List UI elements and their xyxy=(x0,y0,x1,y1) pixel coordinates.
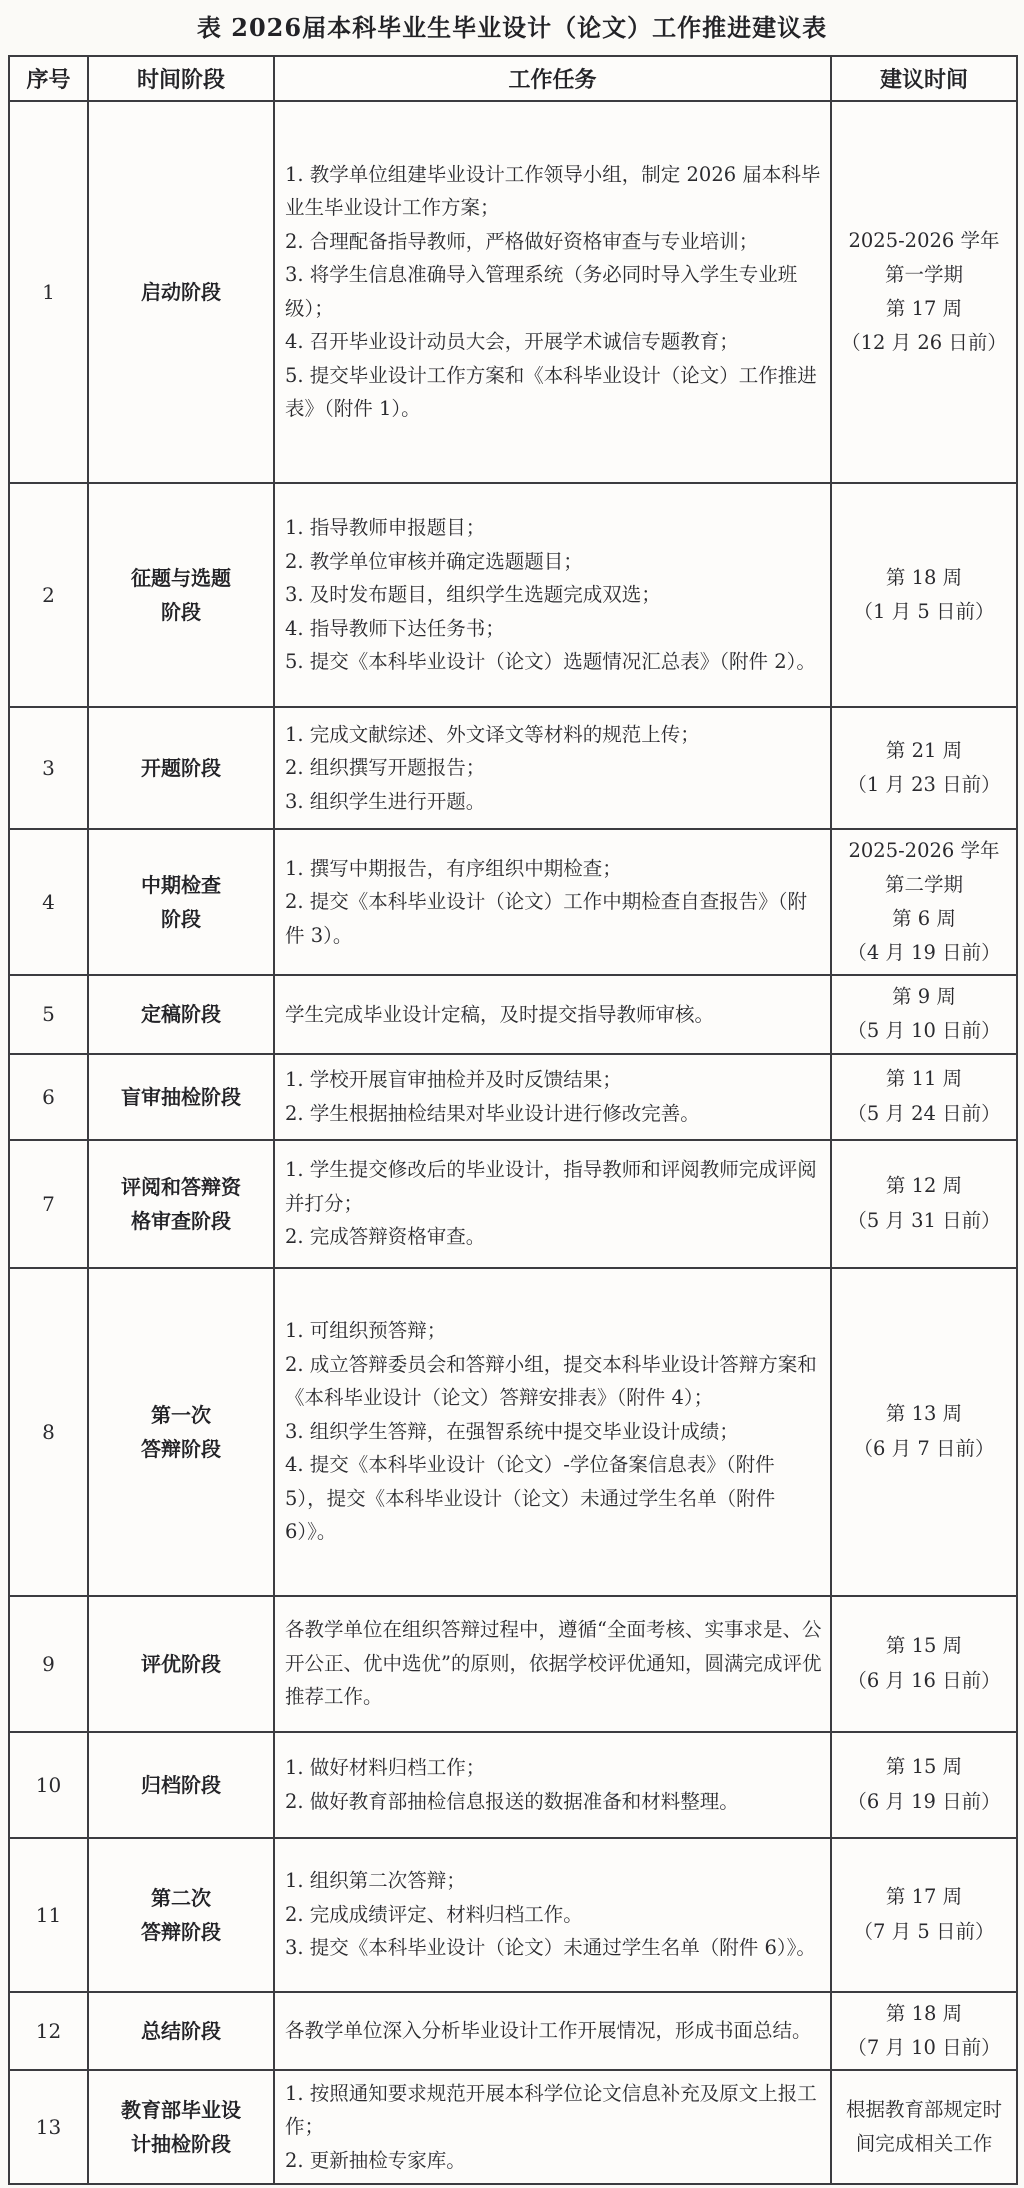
table-row: 2征题与选题 阶段1. 指导教师申报题目；2. 教学单位审核并确定选题题目；3.… xyxy=(9,483,1017,707)
time-line: （6 月 19 日前） xyxy=(838,1785,1010,1819)
task-item: 5. 提交《本科毕业设计（论文）选题情况汇总表》（附件 2）。 xyxy=(285,645,822,679)
row-number: 6 xyxy=(9,1054,88,1140)
table-row: 7评阅和答辩资 格审查阶段1. 学生提交修改后的毕业设计，指导教师和评阅教师完成… xyxy=(9,1140,1017,1268)
time-line: （12 月 26 日前） xyxy=(838,326,1010,360)
row-number: 7 xyxy=(9,1140,88,1268)
row-number: 1 xyxy=(9,101,88,483)
suggested-time: 第 9 周（5 月 10 日前） xyxy=(831,975,1017,1053)
time-line: 第 17 周 xyxy=(838,292,1010,326)
time-line: （5 月 10 日前） xyxy=(838,1014,1010,1048)
stage-name: 评优阶段 xyxy=(88,1596,274,1732)
task-item: 2. 合理配备指导教师，严格做好资格审查与专业培训； xyxy=(285,225,822,259)
task-list: 1. 完成文献综述、外文译文等材料的规范上传；2. 组织撰写开题报告；3. 组织… xyxy=(274,707,831,829)
time-line: 第 15 周 xyxy=(838,1750,1010,1784)
time-line: 第一学期 xyxy=(838,258,1010,292)
stage-name: 中期检查 阶段 xyxy=(88,829,274,976)
task-list: 1. 学生提交修改后的毕业设计，指导教师和评阅教师完成评阅并打分；2. 完成答辩… xyxy=(274,1140,831,1268)
time-line: 根据教育部规定时间完成相关工作 xyxy=(838,2093,1010,2161)
task-item: 3. 及时发布题目，组织学生选题完成双选； xyxy=(285,578,822,612)
task-item: 1. 指导教师申报题目； xyxy=(285,511,822,545)
task-item: 2. 更新抽检专家库。 xyxy=(285,2144,822,2178)
task-item: 4. 召开毕业设计动员大会，开展学术诚信专题教育； xyxy=(285,325,822,359)
task-item: 1. 做好材料归档工作； xyxy=(285,1751,822,1785)
row-number: 13 xyxy=(9,2070,88,2185)
table-row: 10归档阶段1. 做好材料归档工作；2. 做好教育部抽检信息报送的数据准备和材料… xyxy=(9,1732,1017,1838)
task-item: 2. 学生根据抽检结果对毕业设计进行修改完善。 xyxy=(285,1097,822,1131)
row-number: 11 xyxy=(9,1838,88,1992)
task-list: 1. 撰写中期报告，有序组织中期检查；2. 提交《本科毕业设计（论文）工作中期检… xyxy=(274,829,831,976)
suggested-time: 2025-2026 学年第一学期第 17 周（12 月 26 日前） xyxy=(831,101,1017,483)
stage-name: 第二次 答辩阶段 xyxy=(88,1838,274,1992)
task-list: 各教学单位在组织答辩过程中，遵循“全面考核、实事求是、公开公正、优中选优”的原则… xyxy=(274,1596,831,1732)
time-line: （7 月 5 日前） xyxy=(838,1915,1010,1949)
schedule-table: 序号 时间阶段 工作任务 建议时间 1启动阶段1. 教学单位组建毕业设计工作领导… xyxy=(8,55,1018,2186)
page-title: 表 2026届本科毕业生毕业设计（论文）工作推进建议表 xyxy=(8,6,1016,55)
task-item: 3. 组织学生进行开题。 xyxy=(285,785,822,819)
task-item: 3. 提交《本科毕业设计（论文）未通过学生名单（附件 6）》。 xyxy=(285,1931,822,1965)
task-list: 各教学单位深入分析毕业设计工作开展情况，形成书面总结。 xyxy=(274,1992,831,2070)
row-number: 4 xyxy=(9,829,88,976)
task-item: 4. 提交《本科毕业设计（论文）-学位备案信息表》（附件 5），提交《本科毕业设… xyxy=(285,1448,822,1549)
task-list: 学生完成毕业设计定稿，及时提交指导教师审核。 xyxy=(274,975,831,1053)
task-item: 各教学单位在组织答辩过程中，遵循“全面考核、实事求是、公开公正、优中选优”的原则… xyxy=(285,1613,822,1714)
row-number: 9 xyxy=(9,1596,88,1732)
time-line: （6 月 16 日前） xyxy=(838,1664,1010,1698)
row-number: 3 xyxy=(9,707,88,829)
time-line: 第 6 周 xyxy=(838,902,1010,936)
table-row: 4中期检查 阶段1. 撰写中期报告，有序组织中期检查；2. 提交《本科毕业设计（… xyxy=(9,829,1017,976)
task-item: 2. 完成答辩资格审查。 xyxy=(285,1220,822,1254)
time-line: （5 月 31 日前） xyxy=(838,1204,1010,1238)
document-page: 表 2026届本科毕业生毕业设计（论文）工作推进建议表 序号 时间阶段 工作任务… xyxy=(0,0,1024,2188)
suggested-time: 第 18 周（1 月 5 日前） xyxy=(831,483,1017,707)
time-line: 第 21 周 xyxy=(838,734,1010,768)
row-number: 8 xyxy=(9,1268,88,1596)
suggested-time: 第 18 周（7 月 10 日前） xyxy=(831,1992,1017,2070)
row-number: 12 xyxy=(9,1992,88,2070)
task-item: 2. 组织撰写开题报告； xyxy=(285,751,822,785)
header-time: 建议时间 xyxy=(831,56,1017,101)
task-list: 1. 教学单位组建毕业设计工作领导小组，制定 2026 届本科毕业生毕业设计工作… xyxy=(274,101,831,483)
suggested-time: 第 12 周（5 月 31 日前） xyxy=(831,1140,1017,1268)
time-line: （6 月 7 日前） xyxy=(838,1432,1010,1466)
task-list: 1. 可组织预答辩；2. 成立答辩委员会和答辩小组，提交本科毕业设计答辩方案和《… xyxy=(274,1268,831,1596)
suggested-time: 第 15 周（6 月 16 日前） xyxy=(831,1596,1017,1732)
header-no: 序号 xyxy=(9,56,88,101)
time-line: 第 11 周 xyxy=(838,1062,1010,1096)
task-item: 2. 教学单位审核并确定选题题目； xyxy=(285,545,822,579)
task-list: 1. 指导教师申报题目；2. 教学单位审核并确定选题题目；3. 及时发布题目，组… xyxy=(274,483,831,707)
suggested-time: 根据教育部规定时间完成相关工作 xyxy=(831,2070,1017,2185)
task-item: 1. 组织第二次答辩； xyxy=(285,1864,822,1898)
time-line: （1 月 23 日前） xyxy=(838,768,1010,802)
task-item: 1. 撰写中期报告，有序组织中期检查； xyxy=(285,852,822,886)
row-number: 10 xyxy=(9,1732,88,1838)
task-list: 1. 按照通知要求规范开展本科学位论文信息补充及原文上报工作；2. 更新抽检专家… xyxy=(274,2070,831,2185)
suggested-time: 第 13 周（6 月 7 日前） xyxy=(831,1268,1017,1596)
time-line: 第 18 周 xyxy=(838,561,1010,595)
stage-name: 定稿阶段 xyxy=(88,975,274,1053)
table-row: 5定稿阶段学生完成毕业设计定稿，及时提交指导教师审核。第 9 周（5 月 10 … xyxy=(9,975,1017,1053)
table-row: 13教育部毕业设 计抽检阶段1. 按照通知要求规范开展本科学位论文信息补充及原文… xyxy=(9,2070,1017,2185)
table-row: 6盲审抽检阶段1. 学校开展盲审抽检并及时反馈结果；2. 学生根据抽检结果对毕业… xyxy=(9,1054,1017,1140)
row-number: 5 xyxy=(9,975,88,1053)
table-body: 1启动阶段1. 教学单位组建毕业设计工作领导小组，制定 2026 届本科毕业生毕… xyxy=(9,101,1017,2185)
table-row: 1启动阶段1. 教学单位组建毕业设计工作领导小组，制定 2026 届本科毕业生毕… xyxy=(9,101,1017,483)
task-item: 1. 可组织预答辩； xyxy=(285,1314,822,1348)
stage-name: 归档阶段 xyxy=(88,1732,274,1838)
table-row: 3开题阶段1. 完成文献综述、外文译文等材料的规范上传；2. 组织撰写开题报告；… xyxy=(9,707,1017,829)
stage-name: 征题与选题 阶段 xyxy=(88,483,274,707)
task-list: 1. 组织第二次答辩；2. 完成成绩评定、材料归档工作。3. 提交《本科毕业设计… xyxy=(274,1838,831,1992)
time-line: （5 月 24 日前） xyxy=(838,1097,1010,1131)
time-line: 2025-2026 学年 xyxy=(838,224,1010,258)
task-item: 4. 指导教师下达任务书； xyxy=(285,612,822,646)
suggested-time: 2025-2026 学年第二学期第 6 周（4 月 19 日前） xyxy=(831,829,1017,976)
task-item: 1. 完成文献综述、外文译文等材料的规范上传； xyxy=(285,718,822,752)
header-tasks: 工作任务 xyxy=(274,56,831,101)
task-item: 3. 将学生信息准确导入管理系统（务必同时导入学生专业班级）； xyxy=(285,258,822,325)
time-line: 第 9 周 xyxy=(838,980,1010,1014)
time-line: 第 15 周 xyxy=(838,1629,1010,1663)
task-item: 1. 学校开展盲审抽检并及时反馈结果； xyxy=(285,1063,822,1097)
time-line: 第 13 周 xyxy=(838,1397,1010,1431)
stage-name: 开题阶段 xyxy=(88,707,274,829)
task-list: 1. 做好材料归档工作；2. 做好教育部抽检信息报送的数据准备和材料整理。 xyxy=(274,1732,831,1838)
task-item: 3. 组织学生答辩，在强智系统中提交毕业设计成绩； xyxy=(285,1415,822,1449)
header-row: 序号 时间阶段 工作任务 建议时间 xyxy=(9,56,1017,101)
header-stage: 时间阶段 xyxy=(88,56,274,101)
task-item: 2. 提交《本科毕业设计（论文）工作中期检查自查报告》（附件 3）。 xyxy=(285,885,822,952)
row-number: 2 xyxy=(9,483,88,707)
task-item: 2. 完成成绩评定、材料归档工作。 xyxy=(285,1898,822,1932)
stage-name: 评阅和答辩资 格审查阶段 xyxy=(88,1140,274,1268)
suggested-time: 第 21 周（1 月 23 日前） xyxy=(831,707,1017,829)
task-item: 1. 按照通知要求规范开展本科学位论文信息补充及原文上报工作； xyxy=(285,2077,822,2144)
task-item: 各教学单位深入分析毕业设计工作开展情况，形成书面总结。 xyxy=(285,2014,822,2048)
time-line: 第 18 周 xyxy=(838,1997,1010,2031)
task-item: 2. 成立答辩委员会和答辩小组，提交本科毕业设计答辩方案和《本科毕业设计（论文）… xyxy=(285,1348,822,1415)
time-line: （7 月 10 日前） xyxy=(838,2031,1010,2065)
stage-name: 总结阶段 xyxy=(88,1992,274,2070)
suggested-time: 第 15 周（6 月 19 日前） xyxy=(831,1732,1017,1838)
time-line: 第 12 周 xyxy=(838,1169,1010,1203)
time-line: 2025-2026 学年 xyxy=(838,834,1010,868)
time-line: （4 月 19 日前） xyxy=(838,936,1010,970)
table-row: 11第二次 答辩阶段1. 组织第二次答辩；2. 完成成绩评定、材料归档工作。3.… xyxy=(9,1838,1017,1992)
task-item: 学生完成毕业设计定稿，及时提交指导教师审核。 xyxy=(285,998,822,1032)
suggested-time: 第 17 周（7 月 5 日前） xyxy=(831,1838,1017,1992)
task-item: 5. 提交毕业设计工作方案和《本科毕业设计（论文）工作推进表》（附件 1）。 xyxy=(285,359,822,426)
task-item: 2. 做好教育部抽检信息报送的数据准备和材料整理。 xyxy=(285,1785,822,1819)
stage-name: 盲审抽检阶段 xyxy=(88,1054,274,1140)
stage-name: 教育部毕业设 计抽检阶段 xyxy=(88,2070,274,2185)
time-line: 第 17 周 xyxy=(838,1880,1010,1914)
task-item: 1. 教学单位组建毕业设计工作领导小组，制定 2026 届本科毕业生毕业设计工作… xyxy=(285,158,822,225)
suggested-time: 第 11 周（5 月 24 日前） xyxy=(831,1054,1017,1140)
stage-name: 启动阶段 xyxy=(88,101,274,483)
task-item: 1. 学生提交修改后的毕业设计，指导教师和评阅教师完成评阅并打分； xyxy=(285,1153,822,1220)
table-row: 9评优阶段各教学单位在组织答辩过程中，遵循“全面考核、实事求是、公开公正、优中选… xyxy=(9,1596,1017,1732)
table-row: 12总结阶段各教学单位深入分析毕业设计工作开展情况，形成书面总结。第 18 周（… xyxy=(9,1992,1017,2070)
table-row: 8第一次 答辩阶段1. 可组织预答辩；2. 成立答辩委员会和答辩小组，提交本科毕… xyxy=(9,1268,1017,1596)
time-line: （1 月 5 日前） xyxy=(838,595,1010,629)
stage-name: 第一次 答辩阶段 xyxy=(88,1268,274,1596)
time-line: 第二学期 xyxy=(838,868,1010,902)
task-list: 1. 学校开展盲审抽检并及时反馈结果；2. 学生根据抽检结果对毕业设计进行修改完… xyxy=(274,1054,831,1140)
